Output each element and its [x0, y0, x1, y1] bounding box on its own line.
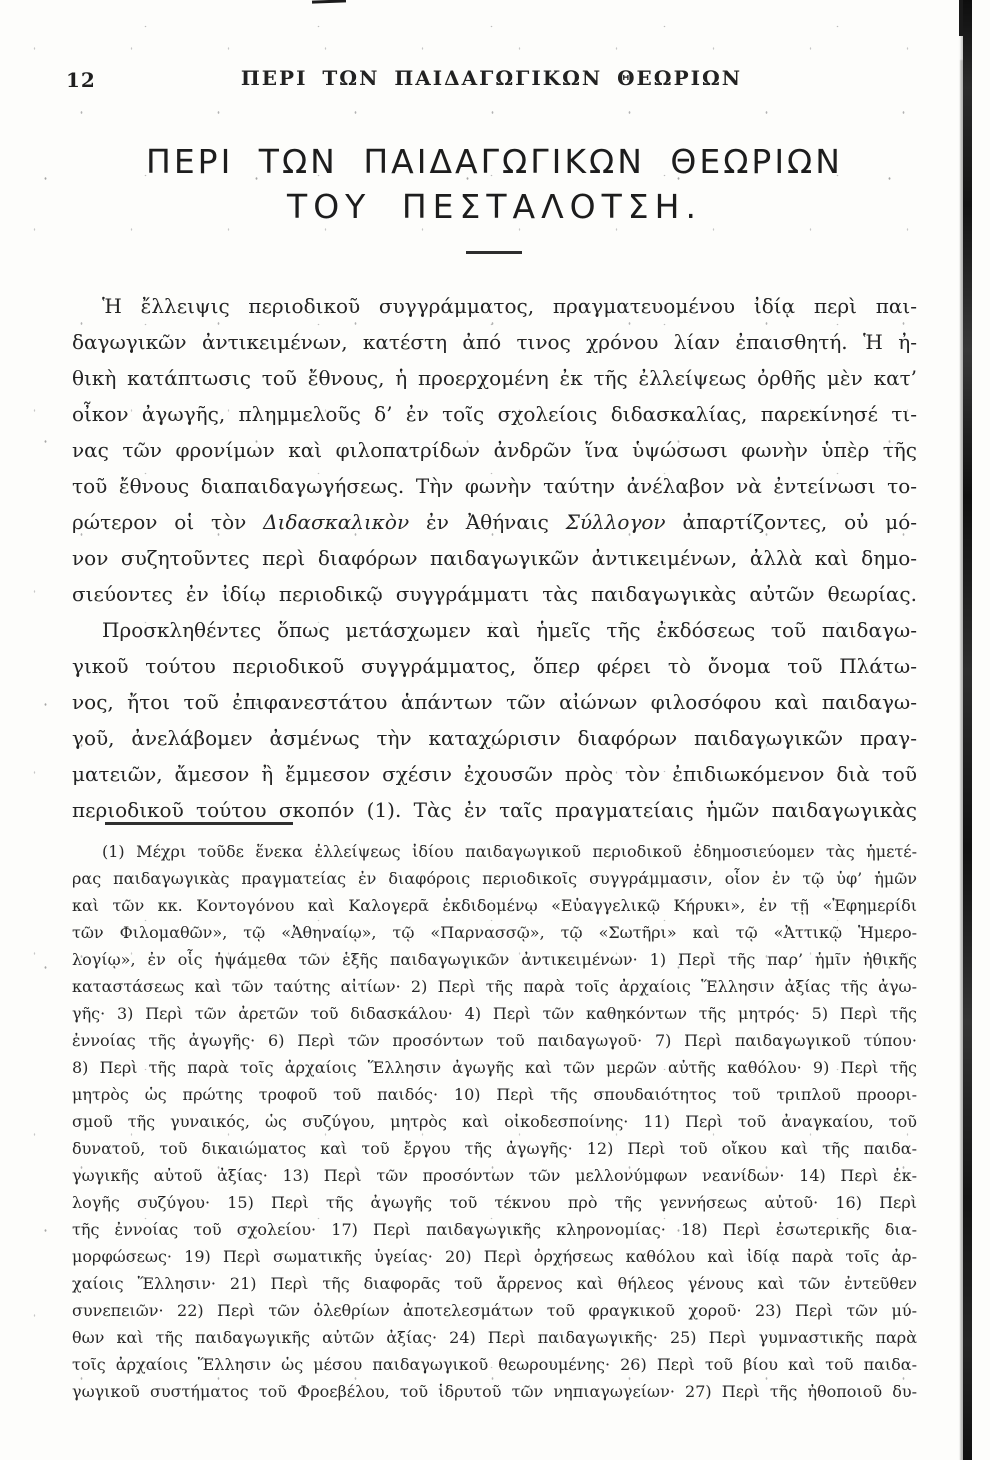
footnote-text: (1) Μέχρι τοῦδε ἕνεκα ἐλλείψεως ἰδίου πα… — [72, 838, 917, 1405]
text-line: τοῖς ἀρχαίοις Ἕλλησιν ὡς μέσου παιδαγωγι… — [72, 1351, 917, 1378]
text-line: (1) Μέχρι τοῦδε ἕνεκα ἐλλείψεως ἰδίου πα… — [72, 838, 917, 865]
text-line: καὶ τῶν κκ. Κοντογόνου καὶ Καλογερᾶ ἐκδι… — [72, 892, 917, 919]
text-line: λογίῳ», ἐν οἷς ἡψάμεθα τῶν ἑξῆς παιδαγωγ… — [72, 946, 917, 973]
text-line: ἐννοίας τῆς ἀγωγῆς· 6) Περὶ τῶν προσόντω… — [72, 1027, 917, 1054]
text-line: νας τῶν φρονίμων καὶ φιλοπατρίδων ἀνδρῶν… — [72, 432, 917, 468]
text-line: ρώτερον οἱ τὸν Διδασκαλικὸν ἐν Ἀθήναις Σ… — [72, 504, 917, 540]
scanned-book-page: 12 ΠΕΡΙ ΤΩΝ ΠΑΙΔΑΓΩΓΙΚΩΝ ΘΕΩΡΙΩΝ ΠΕΡΙ ΤΩ… — [0, 0, 990, 1460]
text-line: Ἡ ἔλλειψις περιοδικοῦ συγγράμματος, πραγ… — [72, 288, 917, 324]
text-line: θικὴ κατάπτωσις τοῦ ἔθνους, ἡ προερχομέν… — [72, 360, 917, 396]
paragraph-1: Ἡ ἔλλειψις περιοδικοῦ συγγράμματος, πραγ… — [72, 288, 917, 612]
text-line: 8) Περὶ τῆς παρὰ τοῖς ἀρχαίοις Ἕλλησιν ἀ… — [72, 1054, 917, 1081]
article-title: ΠΕΡΙ ΤΩΝ ΠΑΙΔΑΓΩΓΙΚΩΝ ΘΕΩΡΙΩΝ ΤΟΥ ΠΕΣΤΑΛ… — [72, 140, 917, 230]
running-header: ΠΕΡΙ ΤΩΝ ΠΑΙΔΑΓΩΓΙΚΩΝ ΘΕΩΡΙΩΝ — [66, 66, 917, 90]
text-line: μητρὸς ὡς πρώτης τροφοῦ τοῦ παιδός· 10) … — [72, 1081, 917, 1108]
text-line: γῆς· 3) Περὶ τῶν ἀρετῶν τοῦ διδασκάλου· … — [72, 1000, 917, 1027]
title-line-1: ΠΕΡΙ ΤΩΝ ΠΑΙΔΑΓΩΓΙΚΩΝ ΘΕΩΡΙΩΝ — [72, 140, 917, 184]
text-line: δυνατοῦ, τοῦ δικαιώματος καὶ τοῦ ἔργου τ… — [72, 1135, 917, 1162]
text-line: νος, ἤτοι τοῦ ἐπιφανεστάτου ἁπάντων τῶν … — [72, 684, 917, 720]
text-line: λογῆς συζύγου· 15) Περὶ τῆς ἀγωγῆς τοῦ τ… — [72, 1189, 917, 1216]
text-line: γικοῦ τούτου περιοδικοῦ συγγράμματος, ὅπ… — [72, 648, 917, 684]
text-line: Προσκληθέντες ὅπως μετάσχωμεν καὶ ἡμεῖς … — [72, 612, 917, 648]
text-line: ρας παιδαγωγικὰς πραγματείας ἐν διαφόροι… — [72, 865, 917, 892]
title-line-2: ΤΟΥ ΠΕΣΤΑΛΟΤΣΗ. — [72, 184, 917, 230]
text-line: τῆς ἐννοίας τοῦ σχολείου· 17) Περὶ παιδα… — [72, 1216, 917, 1243]
text-line: γωγικοῦ συστήματος τοῦ Φροεβέλου, τοῦ ἱδ… — [72, 1378, 917, 1405]
text-line: μορφώσεως· 19) Περὶ σωματικῆς ὑγείας· 20… — [72, 1243, 917, 1270]
text-line: νον συζητοῦντες περὶ διαφόρων παιδαγωγικ… — [72, 540, 917, 576]
text-line: καταστάσεως καὶ τῶν ταύτης αἰτίων· 2) Πε… — [72, 973, 917, 1000]
text-line: τῶν Φιλομαθῶν», τῷ «Ἀθηναίῳ», τῷ «Παρνασ… — [72, 919, 917, 946]
text-line: σμοῦ τῆς γυναικός, ὡς συζύγου, μητρὸς κα… — [72, 1108, 917, 1135]
page-header: 12 ΠΕΡΙ ΤΩΝ ΠΑΙΔΑΓΩΓΙΚΩΝ ΘΕΩΡΙΩΝ — [66, 66, 917, 96]
body-text: Ἡ ἔλλειψις περιοδικοῦ συγγράμματος, πραγ… — [72, 288, 917, 828]
text-line: σιεύοντες ἐν ἰδίῳ περιοδικῷ συγγράμματι … — [72, 576, 917, 612]
text-line: ματειῶν, ἄμεσον ἢ ἔμμεσον σχέσιν ἐχουσῶν… — [72, 756, 917, 792]
text-line: χαίοις Ἕλλησιν· 21) Περὶ τῆς διαφορᾶς το… — [72, 1270, 917, 1297]
text-line: οἶκον ἀγωγῆς, πλημμελοῦς δ’ ἐν τοῖς σχολ… — [72, 396, 917, 432]
text-line: γωγικῆς αὐτοῦ ἀξίας· 13) Περὶ τῶν προσόν… — [72, 1162, 917, 1189]
text-line: δαγωγικῶν ἀντικειμένων, κατέστη ἀπό τινο… — [72, 324, 917, 360]
title-divider — [466, 251, 522, 254]
paragraph-2: Προσκληθέντες ὅπως μετάσχωμεν καὶ ἡμεῖς … — [72, 612, 917, 828]
footnote-divider — [105, 822, 293, 825]
scan-artifact-top — [312, 0, 346, 4]
text-line: συνεπειῶν· 22) Περὶ τῶν ὀλεθρίων ἀποτελε… — [72, 1297, 917, 1324]
text-line: γοῦ, ἀνελάβομεν ἀσμένως τὴν καταχώρισιν … — [72, 720, 917, 756]
text-line: τοῦ ἔθνους διαπαιδαγωγήσεως. Τὴν φωνὴν τ… — [72, 468, 917, 504]
scan-binding-edge — [963, 0, 972, 1460]
text-line: θων καὶ τῆς παιδαγωγικῆς αὐτῶν ἀξίας· 24… — [72, 1324, 917, 1351]
